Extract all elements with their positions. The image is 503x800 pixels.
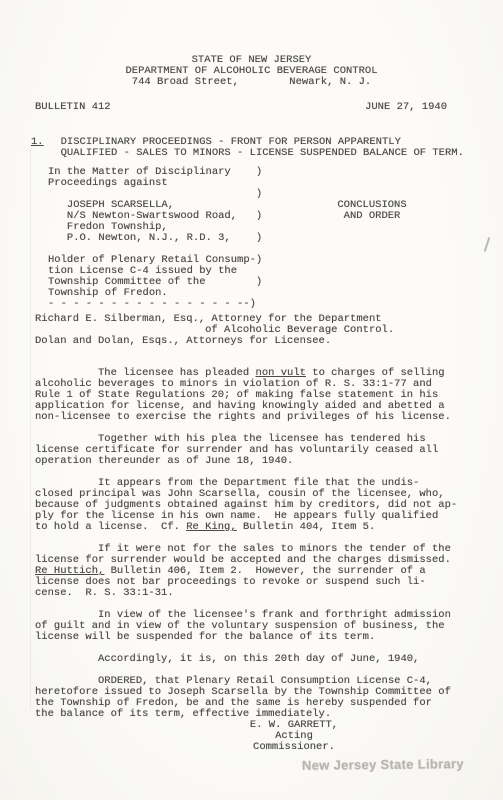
paragraph-date-clause: Accordingly, it is, on this 20th day of … bbox=[35, 654, 465, 665]
item-heading: 1. DISCIPLINARY PROCEEDINGS - FRONT FOR … bbox=[31, 137, 464, 159]
paragraph-sales-to-minors: If it were not for the sales to minors t… bbox=[35, 544, 465, 599]
paragraph-plea: The licensee has pleaded non vult to cha… bbox=[35, 368, 465, 423]
case-caption: In the Matter of Disciplinary ) Proceedi… bbox=[48, 167, 262, 310]
scan-edge-artifact bbox=[30, 150, 31, 710]
signature-title: Acting Commissioner. bbox=[231, 731, 357, 753]
letterhead-address-line: 744 Broad Street, Newark, N. J. bbox=[0, 77, 503, 88]
conclusions-and-order-label: CONCLUSIONS AND ORDER bbox=[337, 200, 407, 222]
letterhead: STATE OF NEW JERSEY DEPARTMENT OF ALCOHO… bbox=[0, 55, 503, 88]
pen-slash-mark bbox=[484, 237, 491, 252]
bulletin-date: JUNE 27, 1940 bbox=[365, 102, 447, 113]
bulletin-row: BULLETIN 412 JUNE 27, 1940 bbox=[35, 102, 447, 113]
library-stamp: New Jersey State Library bbox=[302, 758, 464, 771]
signature-block: E. W. GARRETT, Acting Commissioner. bbox=[231, 720, 357, 753]
paragraph-order: ORDERED, that Plenary Retail Consumption… bbox=[35, 676, 465, 720]
bulletin-number: BULLETIN 412 bbox=[35, 102, 111, 113]
paragraph-mitigation: In view of the licensee's frank and fort… bbox=[35, 610, 465, 643]
attorneys-of-record: Richard E. Silberman, Esq., Attorney for… bbox=[35, 314, 394, 347]
item-number: 1. bbox=[31, 137, 44, 159]
paragraph-surrender: Together with his plea the licensee has … bbox=[35, 434, 465, 467]
document-page: STATE OF NEW JERSEY DEPARTMENT OF ALCOHO… bbox=[0, 0, 503, 800]
paragraph-undisclosed-principal: It appears from the Department file that… bbox=[35, 478, 465, 533]
item-heading-text: DISCIPLINARY PROCEEDINGS - FRONT FOR PER… bbox=[61, 137, 464, 159]
document-body: The licensee has pleaded non vult to cha… bbox=[35, 368, 465, 731]
and-order-line: AND ORDER bbox=[337, 211, 407, 222]
